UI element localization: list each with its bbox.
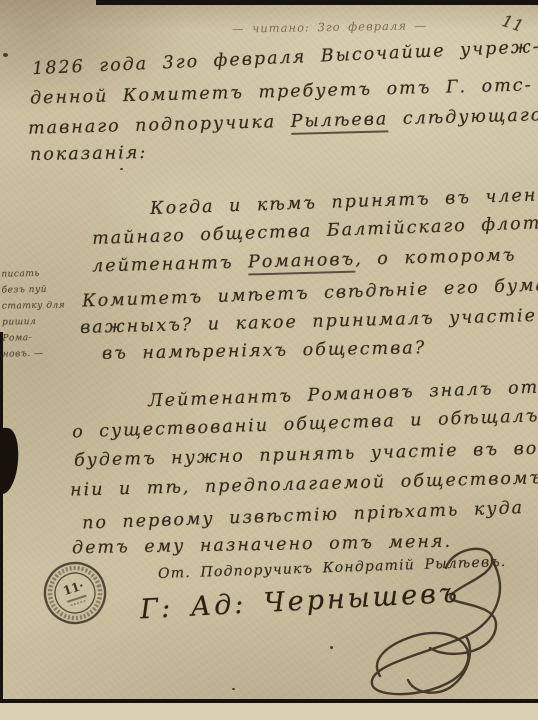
handwritten-line: показанія: xyxy=(30,143,148,165)
margin-note-line: статку для xyxy=(2,297,68,314)
margin-note-line: безъ пуй xyxy=(1,281,67,298)
line-segment: , о которомъ xyxy=(355,245,517,269)
photo-edge-left xyxy=(0,332,3,700)
margin-note-line: писать xyxy=(1,265,67,282)
paper-speck xyxy=(120,168,123,170)
manuscript-photo: 11 — читано: 3го февраля — 1826 года 3го… xyxy=(0,0,538,720)
paper-speck xyxy=(3,53,8,57)
margin-note-line: ришил Рома- xyxy=(2,313,69,346)
underlined-name-romanov: Романовъ xyxy=(248,250,356,276)
paper-speck xyxy=(232,688,235,690)
line-segment: лейтенантъ xyxy=(92,252,249,276)
photo-margin-bottom xyxy=(0,703,538,720)
photo-edge-top xyxy=(96,0,538,5)
underlined-name-ryleev: Рылѣева xyxy=(291,109,389,135)
paper-speck xyxy=(330,646,333,649)
line-segment: слѣдующаго xyxy=(388,105,538,129)
margin-note: писать безъ пуй статку для ришил Рома- н… xyxy=(1,265,69,362)
margin-note-line: новъ. — xyxy=(3,345,69,362)
